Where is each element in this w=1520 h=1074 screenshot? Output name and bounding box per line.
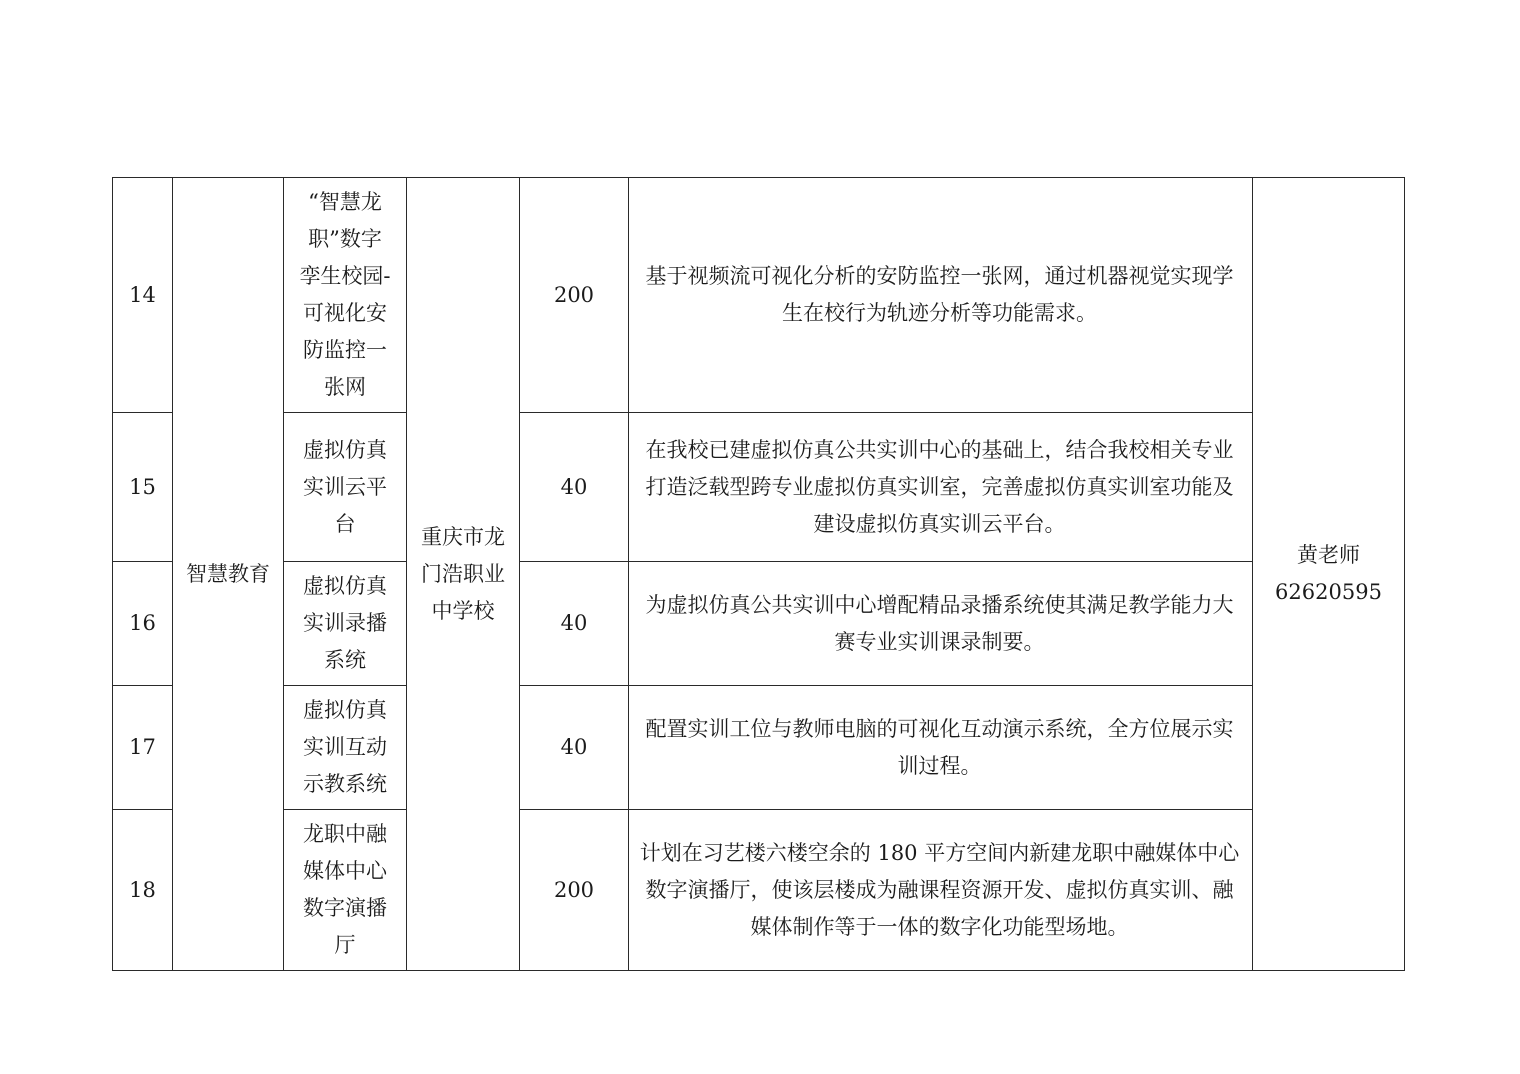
row-number: 17	[113, 686, 173, 810]
description-cell: 在我校已建虚拟仿真公共实训中心的基础上，结合我校相关专业打造泛载型跨专业虚拟仿真…	[629, 413, 1253, 562]
budget-project-table: 14 智慧教育 “智慧龙职”数字孪生校园-可视化安防监控一张网 重庆市龙门浩职业…	[112, 177, 1405, 971]
row-number: 18	[113, 810, 173, 971]
project-name-cell: “智慧龙职”数字孪生校园-可视化安防监控一张网	[284, 178, 407, 413]
table-row: 18 龙职中融媒体中心数字演播厅 200 计划在习艺楼六楼空余的 180 平方空…	[113, 810, 1405, 971]
amount-cell: 200	[520, 810, 629, 971]
description-cell: 基于视频流可视化分析的安防监控一张网，通过机器视觉实现学生在校行为轨迹分析等功能…	[629, 178, 1253, 413]
project-name-cell: 虚拟仿真实训互动示教系统	[284, 686, 407, 810]
contact-phone: 62620595	[1257, 574, 1400, 611]
amount-cell: 40	[520, 686, 629, 810]
project-name-cell: 虚拟仿真实训录播系统	[284, 562, 407, 686]
table-row: 15 虚拟仿真实训云平台 40 在我校已建虚拟仿真公共实训中心的基础上，结合我校…	[113, 413, 1405, 562]
project-name-cell: 龙职中融媒体中心数字演播厅	[284, 810, 407, 971]
contact-cell: 黄老师 62620595	[1253, 178, 1405, 971]
amount-cell: 200	[520, 178, 629, 413]
row-number: 16	[113, 562, 173, 686]
description-cell: 配置实训工位与教师电脑的可视化互动演示系统，全方位展示实训过程。	[629, 686, 1253, 810]
table-row: 17 虚拟仿真实训互动示教系统 40 配置实训工位与教师电脑的可视化互动演示系统…	[113, 686, 1405, 810]
category-cell: 智慧教育	[173, 178, 284, 971]
document-page: 14 智慧教育 “智慧龙职”数字孪生校园-可视化安防监控一张网 重庆市龙门浩职业…	[112, 177, 1404, 971]
amount-cell: 40	[520, 413, 629, 562]
table-row: 16 虚拟仿真实训录播系统 40 为虚拟仿真公共实训中心增配精品录播系统使其满足…	[113, 562, 1405, 686]
school-cell: 重庆市龙门浩职业中学校	[407, 178, 520, 971]
project-name-cell: 虚拟仿真实训云平台	[284, 413, 407, 562]
row-number: 14	[113, 178, 173, 413]
row-number: 15	[113, 413, 173, 562]
amount-cell: 40	[520, 562, 629, 686]
table-row: 14 智慧教育 “智慧龙职”数字孪生校园-可视化安防监控一张网 重庆市龙门浩职业…	[113, 178, 1405, 413]
contact-name: 黄老师	[1257, 537, 1400, 574]
description-cell: 为虚拟仿真公共实训中心增配精品录播系统使其满足教学能力大赛专业实训课录制要。	[629, 562, 1253, 686]
description-cell: 计划在习艺楼六楼空余的 180 平方空间内新建龙职中融媒体中心数字演播厅，使该层…	[629, 810, 1253, 971]
